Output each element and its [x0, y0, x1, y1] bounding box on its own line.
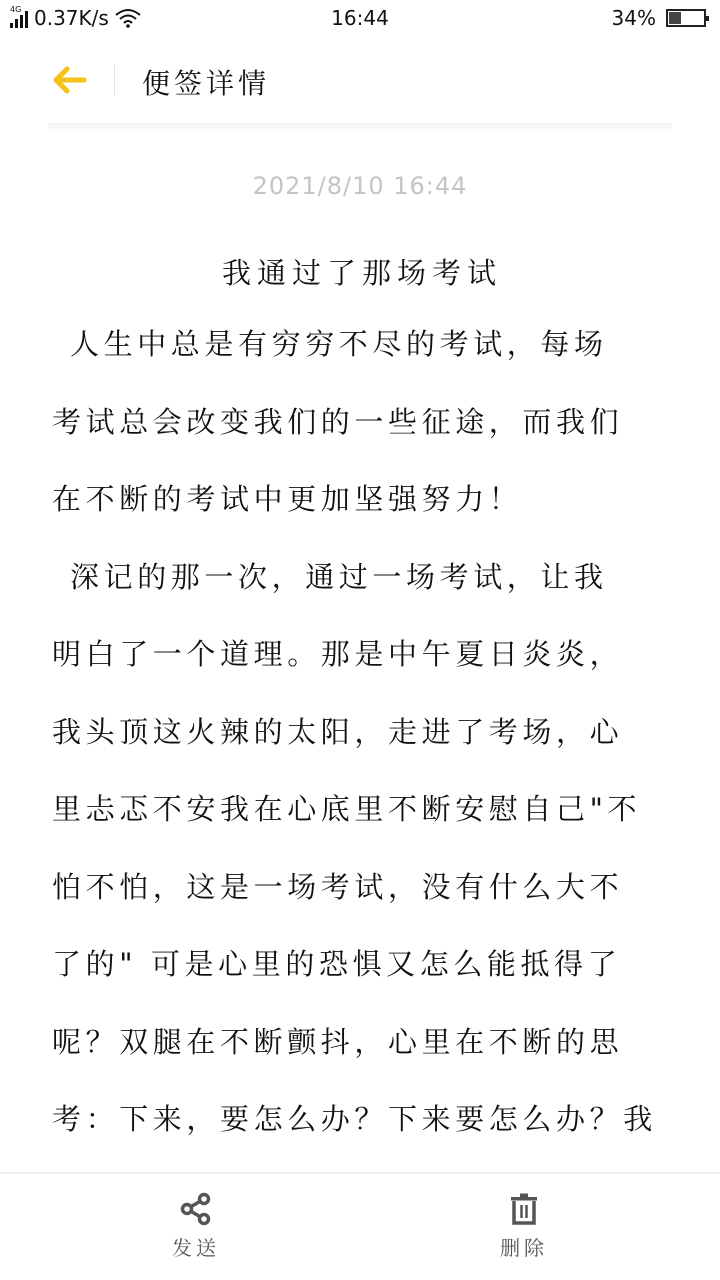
delete-label: 删除 — [464, 1232, 584, 1261]
note-line: 我头顶这火辣的太阳，走进了考场，心 — [52, 694, 672, 772]
trash-icon — [508, 1192, 540, 1226]
note-line: 深记的那一次，通过一场考试，让我 — [52, 539, 672, 617]
battery-percent: 34% — [612, 6, 656, 30]
note-line: 考：下来，要怎么办？下来要怎么办？我 — [52, 1081, 672, 1159]
header-separator — [48, 123, 672, 131]
status-bar: 4G 0.37K/s 16:44 34% — [0, 0, 720, 36]
bottom-action-bar: 发送 删除 — [0, 1172, 720, 1280]
send-button[interactable]: 发送 — [136, 1192, 256, 1261]
note-line: 考试总会改变我们的一些征途，而我们 — [52, 384, 672, 462]
send-label: 发送 — [136, 1232, 256, 1261]
app-header: 便签详情 — [0, 50, 720, 110]
note-line: 呢？双腿在不断颤抖，心里在不断的思 — [52, 1004, 672, 1082]
share-icon — [179, 1192, 213, 1226]
status-bar-right: 34% — [612, 6, 706, 30]
note-timestamp: 2021/8/10 16:44 — [0, 172, 720, 200]
note-title: 我通过了那场考试 — [52, 240, 672, 306]
note-line: 在不断的考试中更加坚强努力！ — [52, 461, 672, 539]
back-button[interactable] — [50, 60, 90, 100]
note-line: 人生中总是有穷穷不尽的考试，每场 — [52, 306, 672, 384]
header-divider — [114, 64, 115, 96]
arrow-left-icon — [53, 66, 87, 94]
battery-icon — [666, 9, 706, 27]
note-line: 明白了一个道理。那是中午夏日炎炎， — [52, 616, 672, 694]
note-line: 怕不怕，这是一场考试，没有什么大不 — [52, 849, 672, 927]
delete-button[interactable]: 删除 — [464, 1192, 584, 1261]
note-line: 里忐忑不安我在心底里不断安慰自己"不 — [52, 771, 672, 849]
note-content[interactable]: 我通过了那场考试 人生中总是有穷穷不尽的考试，每场 考试总会改变我们的一些征途，… — [52, 240, 672, 1159]
note-line: 了的" 可是心里的恐惧又怎么能抵得了 — [52, 926, 672, 1004]
page-title: 便签详情 — [142, 62, 270, 102]
